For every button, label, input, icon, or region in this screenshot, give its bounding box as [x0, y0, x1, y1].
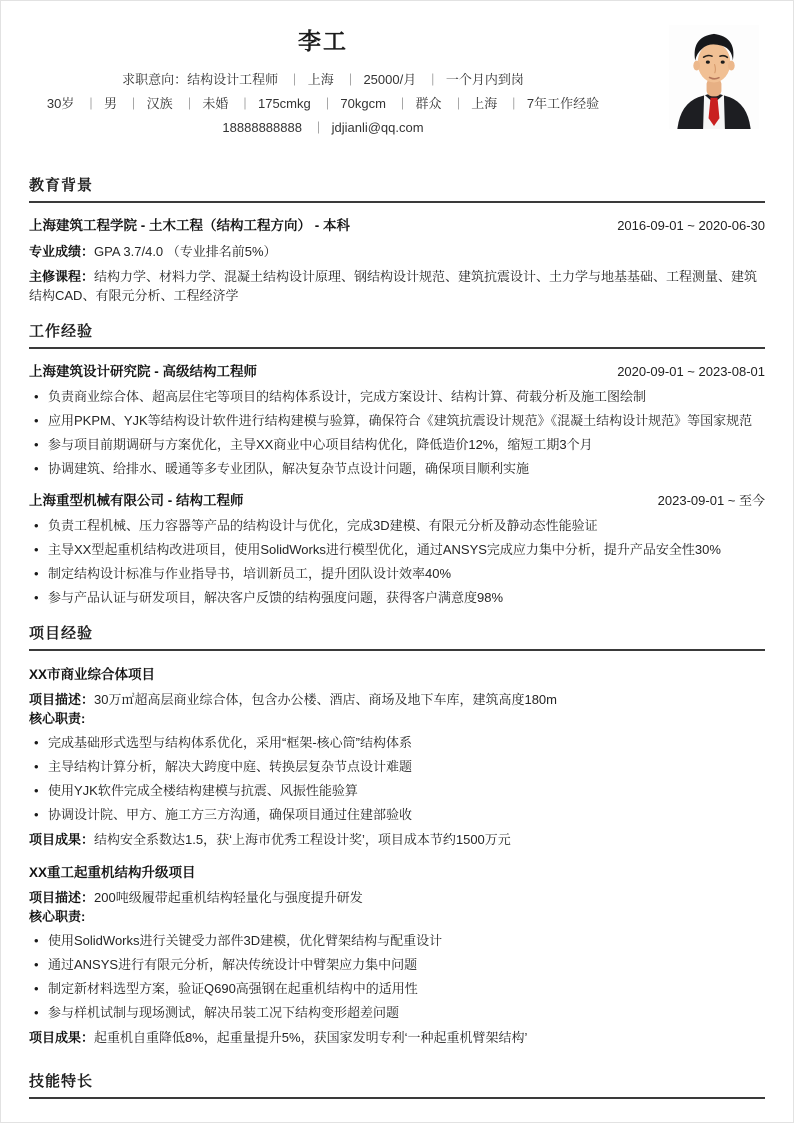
- job-date-range: 2020-09-01 ~ 2023-08-01: [617, 362, 765, 382]
- bullet-dot-icon: •: [34, 564, 48, 583]
- job-entry-head: 上海建筑设计研究院 - 高级结构工程师 2020-09-01 ~ 2023-08…: [29, 362, 765, 382]
- project-duties: • 完成基础形式选型与结构体系优化，采用“框架-核心筒”结构体系 • 主导结构计…: [29, 733, 765, 824]
- job-bullet: • 协调建筑、给排水、暖通等多专业团队，解决复杂节点设计问题，确保项目顺利实施: [29, 459, 765, 478]
- bullet-text: 参与样机试制与现场测试，解决吊装工况下结构变形超差问题: [48, 1003, 765, 1022]
- avatar-illustration: [669, 25, 759, 129]
- basic-info-item: 30岁: [47, 96, 74, 111]
- courses-line: 主修课程：结构力学、材料力学、混凝土结构设计原理、钢结构设计规范、建筑抗震设计、…: [29, 267, 765, 305]
- gpa-value: GPA 3.7/4.0 （专业排名前5%）: [94, 244, 277, 259]
- bullet-dot-icon: •: [34, 955, 48, 974]
- project-duty: • 使用YJK软件完成全楼结构建模与抗震、风振性能验算: [29, 781, 765, 800]
- section-title-work: 工作经验: [29, 323, 765, 349]
- bullet-dot-icon: •: [34, 516, 48, 535]
- project-desc-value: 30万㎡超高层商业综合体，包含办公楼、酒店、商场及地下车库，建筑高度180m: [94, 692, 557, 707]
- bullet-text: 参与产品认证与研发项目，解决客户反馈的结构强度问题，获得客户满意度98%: [48, 588, 765, 607]
- separator-bar: ｜: [344, 73, 356, 87]
- basic-info-item: 175cmkg: [258, 96, 311, 111]
- project-duty: • 参与样机试制与现场测试，解决吊装工况下结构变形超差问题: [29, 1003, 765, 1022]
- separator-bar: ｜: [239, 97, 251, 111]
- bullet-text: 负责工程机械、压力容器等产品的结构设计与优化，完成3D建模、有限元分析及静动态性…: [48, 516, 765, 535]
- job-bullet: • 制定结构设计标准与作业指导书，培训新员工，提升团队设计效率40%: [29, 564, 765, 583]
- project-entry: XX重工起重机结构升级项目 项目描述：200吨级履带起重机结构轻量化与强度提升研…: [29, 863, 765, 1047]
- project-result-value: 起重机自重降低8%，起重量提升5%，获国家发明专利‘一种起重机臂架结构’: [94, 1030, 527, 1045]
- header-text-block: 李工 ｜求职意向：结构设计工程师 ｜上海 ｜25000/月 ｜一个月内到岗 ｜3…: [29, 23, 617, 140]
- job-bullet: • 主导XX型起重机结构改进项目，使用SolidWorks进行模型优化，通过AN…: [29, 540, 765, 559]
- intent-item: 25000/月: [363, 72, 416, 87]
- bullet-dot-icon: •: [34, 805, 48, 824]
- bullet-text: 主导XX型起重机结构改进项目，使用SolidWorks进行模型优化，通过ANSY…: [48, 540, 765, 559]
- separator-bar: ｜: [452, 97, 464, 111]
- section-title-projects: 项目经验: [29, 625, 765, 651]
- project-desc-line: 项目描述：30万㎡超高层商业综合体，包含办公楼、酒店、商场及地下车库，建筑高度1…: [29, 690, 765, 709]
- contact-item: 18888888888: [222, 120, 302, 135]
- section-projects: 项目经验 XX市商业综合体项目 项目描述：30万㎡超高层商业综合体，包含办公楼、…: [29, 625, 765, 1047]
- bullet-text: 通过ANSYS进行有限元分析，解决传统设计中臂架应力集中问题: [48, 955, 765, 974]
- job-intent-line: ｜求职意向：结构设计工程师 ｜上海 ｜25000/月 ｜一个月内到岗: [29, 68, 617, 92]
- bullet-dot-icon: •: [34, 540, 48, 559]
- project-result-label: 项目成果：: [29, 1030, 94, 1045]
- bullet-text: 应用PKPM、YJK等结构设计软件进行结构建模与验算，确保符合《建筑抗震设计规范…: [48, 411, 765, 430]
- project-desc-label: 项目描述：: [29, 692, 94, 707]
- project-desc-line: 项目描述：200吨级履带起重机结构轻量化与强度提升研发: [29, 888, 765, 907]
- project-desc-label: 项目描述：: [29, 890, 94, 905]
- bullet-dot-icon: •: [34, 781, 48, 800]
- education-date-range: 2016-09-01 ~ 2020-06-30: [617, 216, 765, 236]
- resume-page: 李工 ｜求职意向：结构设计工程师 ｜上海 ｜25000/月 ｜一个月内到岗 ｜3…: [0, 0, 794, 1123]
- separator-bar: ｜: [508, 97, 520, 111]
- job-entry: 上海建筑设计研究院 - 高级结构工程师 2020-09-01 ~ 2023-08…: [29, 362, 765, 478]
- section-work: 工作经验 上海建筑设计研究院 - 高级结构工程师 2020-09-01 ~ 20…: [29, 323, 765, 607]
- separator-bar: ｜: [289, 73, 301, 87]
- project-desc-value: 200吨级履带起重机结构轻量化与强度提升研发: [94, 890, 363, 905]
- job-bullet: • 参与项目前期调研与方案优化，主导XX商业中心项目结构优化，降低造价12%，缩…: [29, 435, 765, 454]
- job-title: 上海重型机械有限公司 - 结构工程师: [29, 491, 244, 511]
- job-entry: 上海重型机械有限公司 - 结构工程师 2023-09-01 ~ 至今 • 负责工…: [29, 491, 765, 607]
- project-duty: • 协调设计院、甲方、施工方三方沟通，确保项目通过住建部验收: [29, 805, 765, 824]
- bullet-text: 完成基础形式选型与结构体系优化，采用“框架-核心筒”结构体系: [48, 733, 765, 752]
- courses-label: 主修课程：: [29, 269, 94, 284]
- job-bullet: • 负责商业综合体、超高层住宅等项目的结构体系设计，完成方案设计、结构计算、荷载…: [29, 387, 765, 406]
- job-entry-head: 上海重型机械有限公司 - 结构工程师 2023-09-01 ~ 至今: [29, 491, 765, 511]
- bullet-dot-icon: •: [34, 387, 48, 406]
- bullet-text: 协调建筑、给排水、暖通等多专业团队，解决复杂节点设计问题，确保项目顺利实施: [48, 459, 765, 478]
- intent-item: 求职意向：结构设计工程师: [122, 72, 278, 87]
- basic-info-item: 男: [104, 96, 117, 111]
- job-title: 上海建筑设计研究院 - 高级结构工程师: [29, 362, 257, 382]
- contact-line: ｜18888888888 ｜jdjianli@qq.com: [29, 116, 617, 140]
- gpa-line: 专业成绩：GPA 3.7/4.0 （专业排名前5%）: [29, 242, 765, 261]
- basic-info-item: 未婚: [202, 96, 228, 111]
- bullet-text: 协调设计院、甲方、施工方三方沟通，确保项目通过住建部验收: [48, 805, 765, 824]
- project-duties: • 使用SolidWorks进行关键受力部件3D建模，优化臂架结构与配重设计 •…: [29, 931, 765, 1022]
- project-duty: • 完成基础形式选型与结构体系优化，采用“框架-核心筒”结构体系: [29, 733, 765, 752]
- bullet-text: 参与项目前期调研与方案优化，主导XX商业中心项目结构优化，降低造价12%，缩短工…: [48, 435, 765, 454]
- separator-bar: ｜: [85, 97, 97, 111]
- separator-bar: ｜: [397, 97, 409, 111]
- basic-info-item: 70kgcm: [340, 96, 386, 111]
- resume-header: 李工 ｜求职意向：结构设计工程师 ｜上海 ｜25000/月 ｜一个月内到岗 ｜3…: [29, 1, 765, 139]
- job-bullet: • 参与产品认证与研发项目，解决客户反馈的结构强度问题，获得客户满意度98%: [29, 588, 765, 607]
- project-duties-label: 核心职责:: [29, 907, 765, 926]
- separator-bar: ｜: [427, 73, 439, 87]
- project-duty: • 主导结构计算分析，解决大跨度中庭、转换层复杂节点设计难题: [29, 757, 765, 776]
- bullet-dot-icon: •: [34, 733, 48, 752]
- basic-info-item: 上海: [471, 96, 497, 111]
- project-name: XX重工起重机结构升级项目: [29, 863, 765, 882]
- job-date-range: 2023-09-01 ~ 至今: [658, 491, 765, 511]
- bullet-dot-icon: •: [34, 435, 48, 454]
- project-entry: XX市商业综合体项目 项目描述：30万㎡超高层商业综合体，包含办公楼、酒店、商场…: [29, 665, 765, 849]
- separator-bar: ｜: [313, 121, 325, 135]
- bullet-dot-icon: •: [34, 1003, 48, 1022]
- gpa-label: 专业成绩：: [29, 244, 94, 259]
- bullet-dot-icon: •: [34, 979, 48, 998]
- bullet-text: 主导结构计算分析，解决大跨度中庭、转换层复杂节点设计难题: [48, 757, 765, 776]
- job-bullet: • 负责工程机械、压力容器等产品的结构设计与优化，完成3D建模、有限元分析及静动…: [29, 516, 765, 535]
- basic-info-item: 汉族: [147, 96, 173, 111]
- section-skills: 技能特长: [29, 1073, 765, 1099]
- project-name: XX市商业综合体项目: [29, 665, 765, 684]
- job-bullets: • 负责工程机械、压力容器等产品的结构设计与优化，完成3D建模、有限元分析及静动…: [29, 516, 765, 607]
- project-duties-label: 核心职责:: [29, 709, 765, 728]
- bullet-dot-icon: •: [34, 931, 48, 950]
- education-entry-head: 上海建筑工程学院 - 土木工程（结构工程方向） - 本科 2016-09-01 …: [29, 216, 765, 236]
- project-result-line: 项目成果：起重机自重降低8%，起重量提升5%，获国家发明专利‘一种起重机臂架结构…: [29, 1028, 765, 1047]
- section-title-education: 教育背景: [29, 177, 765, 203]
- section-title-skills: 技能特长: [29, 1073, 765, 1099]
- bullet-dot-icon: •: [34, 459, 48, 478]
- bullet-text: 使用SolidWorks进行关键受力部件3D建模，优化臂架结构与配重设计: [48, 931, 765, 950]
- basic-info-item: 群众: [416, 96, 442, 111]
- project-result-label: 项目成果：: [29, 832, 94, 847]
- basic-info-item: 7年工作经验: [527, 96, 599, 111]
- project-duty: • 通过ANSYS进行有限元分析，解决传统设计中臂架应力集中问题: [29, 955, 765, 974]
- bullet-text: 使用YJK软件完成全楼结构建模与抗震、风振性能验算: [48, 781, 765, 800]
- intent-item: 上海: [308, 72, 334, 87]
- bullet-dot-icon: •: [34, 411, 48, 430]
- bullet-text: 负责商业综合体、超高层住宅等项目的结构体系设计，完成方案设计、结构计算、荷载分析…: [48, 387, 765, 406]
- job-bullet: • 应用PKPM、YJK等结构设计软件进行结构建模与验算，确保符合《建筑抗震设计…: [29, 411, 765, 430]
- candidate-photo: [669, 25, 759, 129]
- separator-bar: ｜: [321, 97, 333, 111]
- intent-item: 一个月内到岗: [446, 72, 524, 87]
- bullet-text: 制定结构设计标准与作业指导书，培训新员工，提升团队设计效率40%: [48, 564, 765, 583]
- school-degree: 上海建筑工程学院 - 土木工程（结构工程方向） - 本科: [29, 216, 350, 236]
- bullet-dot-icon: •: [34, 757, 48, 776]
- courses-value: 结构力学、材料力学、混凝土结构设计原理、钢结构设计规范、建筑抗震设计、土力学与地…: [29, 269, 757, 303]
- project-duty: • 使用SolidWorks进行关键受力部件3D建模，优化臂架结构与配重设计: [29, 931, 765, 950]
- separator-bar: ｜: [128, 97, 140, 111]
- bullet-text: 制定新材料选型方案，验证Q690高强钢在起重机结构中的适用性: [48, 979, 765, 998]
- basic-info-line: ｜30岁 ｜男 ｜汉族 ｜未婚 ｜175cmkg ｜70kgcm ｜群众 ｜上海…: [29, 92, 617, 116]
- bullet-dot-icon: •: [34, 588, 48, 607]
- section-education: 教育背景 上海建筑工程学院 - 土木工程（结构工程方向） - 本科 2016-0…: [29, 177, 765, 305]
- candidate-name: 李工: [29, 23, 617, 56]
- separator-bar: ｜: [183, 97, 195, 111]
- project-result-line: 项目成果：结构安全系数达1.5，获‘上海市优秀工程设计奖’，项目成本节约1500…: [29, 830, 765, 849]
- contact-item: jdjianli@qq.com: [332, 120, 424, 135]
- project-result-value: 结构安全系数达1.5，获‘上海市优秀工程设计奖’，项目成本节约1500万元: [94, 832, 511, 847]
- project-duty: • 制定新材料选型方案，验证Q690高强钢在起重机结构中的适用性: [29, 979, 765, 998]
- job-bullets: • 负责商业综合体、超高层住宅等项目的结构体系设计，完成方案设计、结构计算、荷载…: [29, 387, 765, 478]
